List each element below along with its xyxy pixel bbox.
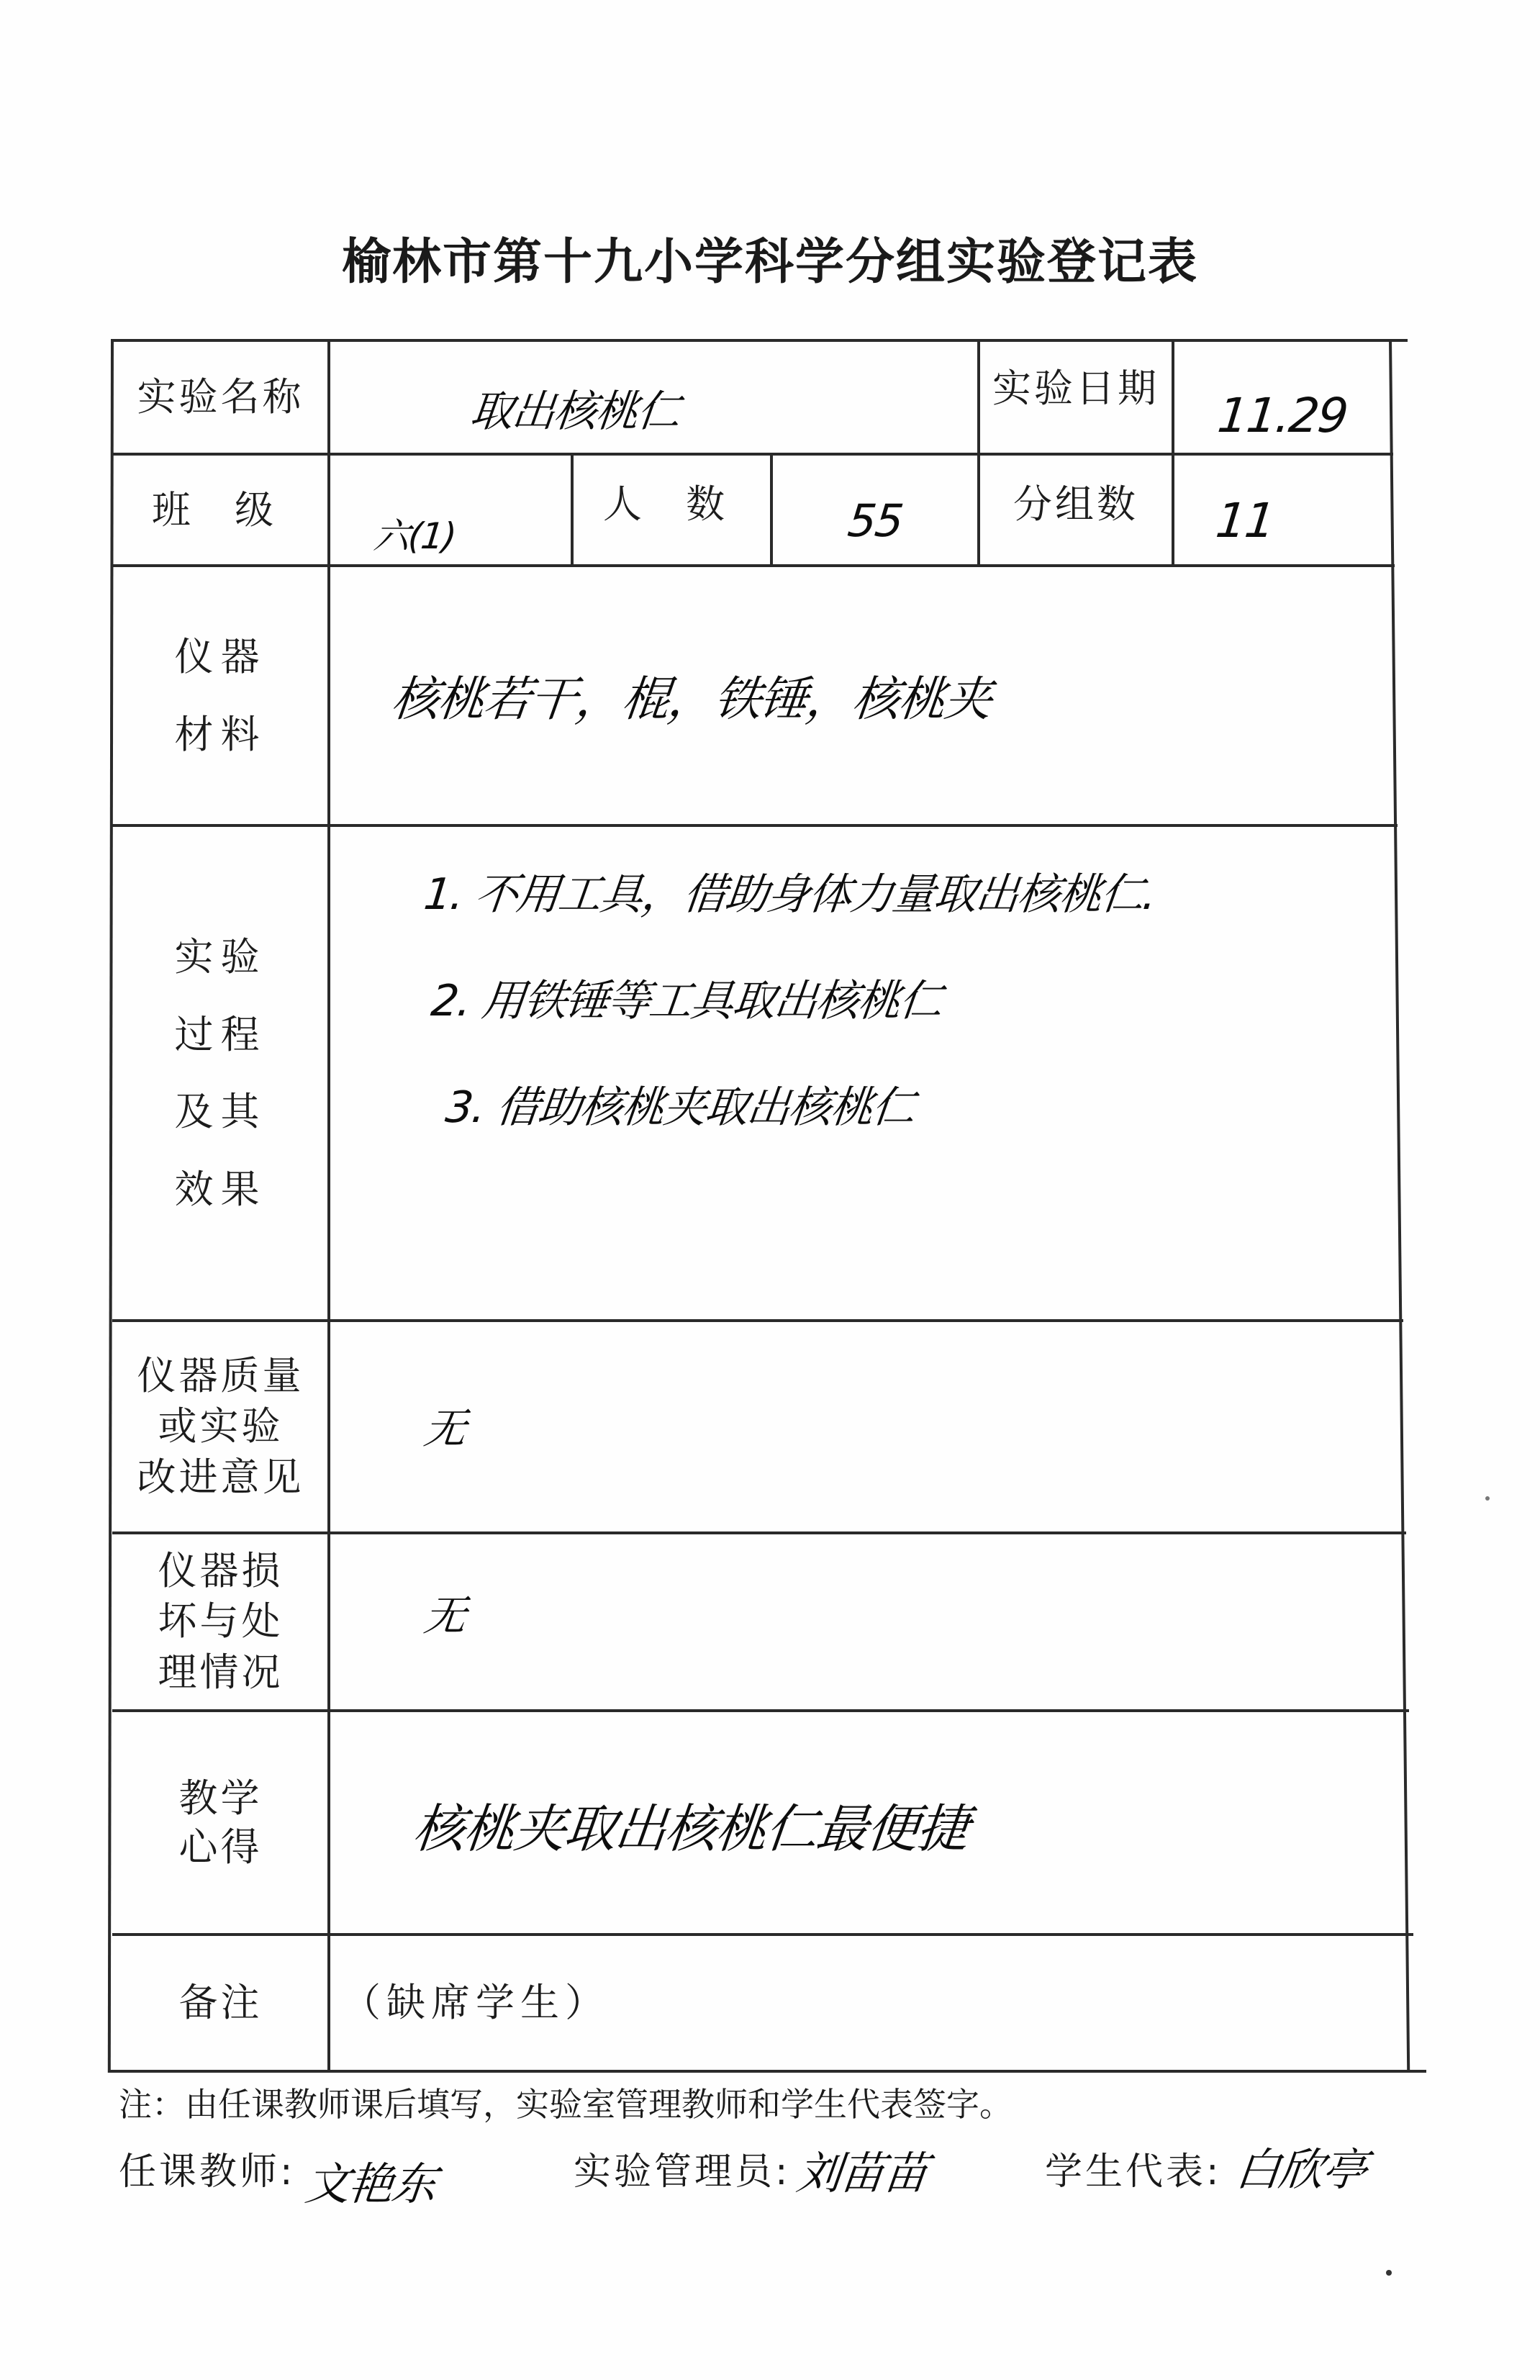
- paper-speck: [1485, 1496, 1490, 1501]
- materials-label-line: 仪器: [175, 633, 267, 682]
- process-steps: 1. 不用工具，借助身体力量取出核桃仁. 2. 用铁锤等工具取出核桃仁 3. 借…: [425, 860, 1155, 1180]
- class-label: 班 级: [114, 456, 327, 564]
- reflection-value: 核桃夹取出核桃仁最便捷: [408, 1770, 1283, 1878]
- groups-value: 11: [1210, 466, 1395, 575]
- damage-label-line: 坏与处: [158, 1596, 284, 1647]
- materials-label: 仪器 材料: [114, 567, 327, 824]
- damage-value: 无: [419, 1555, 647, 1670]
- process-label: 实验 过程 及其 效果: [114, 827, 327, 1319]
- materials-value: 核桃若干，棍，铁锤，核桃夹: [386, 641, 1333, 748]
- reflection-label-line: 心得: [179, 1823, 263, 1872]
- teacher-signature: 文艳东: [302, 2148, 438, 2212]
- admin-signature-label: 实验管理员:: [574, 2141, 791, 2195]
- footnote: 注：由任课教师课后填写，实验室管理教师和学生代表签字。: [119, 2078, 1013, 2126]
- form-title: 榆林市第十九小学科学分组实验登记表: [0, 223, 1540, 293]
- quality-value: 无: [419, 1367, 647, 1483]
- admin-signature: 刘苗苗: [794, 2137, 930, 2202]
- count-label: 人 数: [574, 450, 770, 558]
- experiment-name-label: 实验名称: [114, 342, 327, 453]
- table-border-left: [108, 339, 114, 2073]
- quality-label-line: 改进意见: [137, 1452, 304, 1503]
- count-value: 55: [767, 466, 983, 575]
- reflection-label: 教学 心得: [114, 1712, 327, 1933]
- reflection-label-line: 教学: [179, 1774, 263, 1823]
- class-value: 六(1): [368, 479, 576, 587]
- experiment-name-value: 取出核桃仁: [325, 353, 825, 463]
- damage-label: 仪器损 坏与处 理情况: [114, 1534, 327, 1709]
- column-divider: [327, 339, 330, 2071]
- quality-label: 仪器质量 或实验 改进意见: [114, 1322, 327, 1531]
- remarks-value: （缺席学生）: [342, 1936, 989, 2070]
- experiment-date-value: 11.29: [1169, 360, 1396, 471]
- damage-label-line: 仪器损: [158, 1546, 284, 1596]
- paper-speck: [1386, 2270, 1392, 2276]
- damage-label-line: 理情况: [158, 1647, 284, 1698]
- materials-label-line: 材料: [175, 710, 267, 759]
- table-border-bottom: [109, 2070, 1426, 2073]
- quality-label-line: 仪器质量: [137, 1351, 304, 1401]
- process-step: 1. 不用工具，借助身体力量取出核桃仁.: [421, 860, 1158, 922]
- experiment-date-label: 实验日期: [980, 342, 1172, 435]
- student-signature-label: 学生代表:: [1045, 2141, 1222, 2195]
- process-step: 2. 用铁锤等工具取出核桃仁: [428, 967, 1158, 1028]
- groups-label: 分组数: [980, 450, 1172, 558]
- process-label-line: 效果: [175, 1165, 267, 1214]
- remarks-label: 备注: [114, 1936, 327, 2070]
- student-signature: 白欣亭: [1233, 2134, 1369, 2198]
- table-border-right: [1389, 339, 1410, 2073]
- process-label-line: 实验: [175, 933, 267, 982]
- quality-label-line: 或实验: [158, 1401, 284, 1452]
- process-label-line: 及其: [175, 1087, 267, 1136]
- process-label-line: 过程: [175, 1010, 267, 1059]
- process-step: 3. 借助核桃夹取出核桃仁: [443, 1073, 1158, 1135]
- teacher-signature-label: 任课教师:: [119, 2141, 296, 2195]
